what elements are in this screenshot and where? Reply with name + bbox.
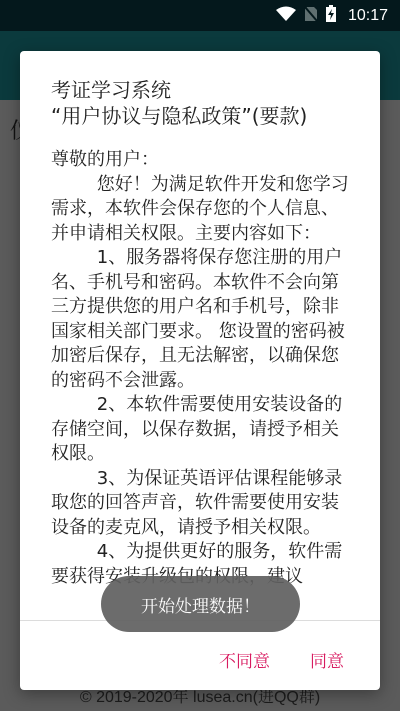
- battery-charging-icon: [326, 5, 336, 26]
- body-item-2: 2、本软件需要使用安装设备的存储空间，以保存数据，请授予相关权限。: [51, 393, 356, 467]
- body-item-1: 1、服务器将保存您注册的用户名、手机号和密码。本软件不会向第三方提供您的用户名和…: [51, 246, 356, 393]
- dialog-actions: 不同意 同意: [219, 647, 344, 672]
- toast-message: 开始处理数据！: [101, 576, 300, 632]
- body-greeting: 尊敬的用户：: [51, 148, 356, 173]
- wifi-icon: [276, 6, 296, 26]
- disagree-button[interactable]: 不同意: [219, 647, 270, 672]
- dialog-title-policy: “用户协议与隐私政策”(要款): [51, 103, 361, 129]
- dialog-body-scroll[interactable]: 尊敬的用户： 您好！为满足软件开发和您学习需求，本软件会保存您的个人信息、并申请…: [51, 148, 356, 618]
- dialog-title: 考证学习系统 “用户协议与隐私政策”(要款): [51, 77, 361, 129]
- no-sim-icon: [304, 6, 318, 26]
- body-item-3: 3、为保证英语评估课程能够录取您的回答声音，软件需要使用安装设备的麦克风，请授予…: [51, 467, 356, 541]
- body-intro: 您好！为满足软件开发和您学习需求，本软件会保存您的个人信息、并申请相关权限。主要…: [51, 173, 356, 247]
- agree-button[interactable]: 同意: [310, 647, 344, 672]
- dialog-title-app: 考证学习系统: [51, 77, 361, 103]
- status-time: 10:17: [348, 7, 388, 25]
- status-bar: 10:17: [0, 0, 400, 31]
